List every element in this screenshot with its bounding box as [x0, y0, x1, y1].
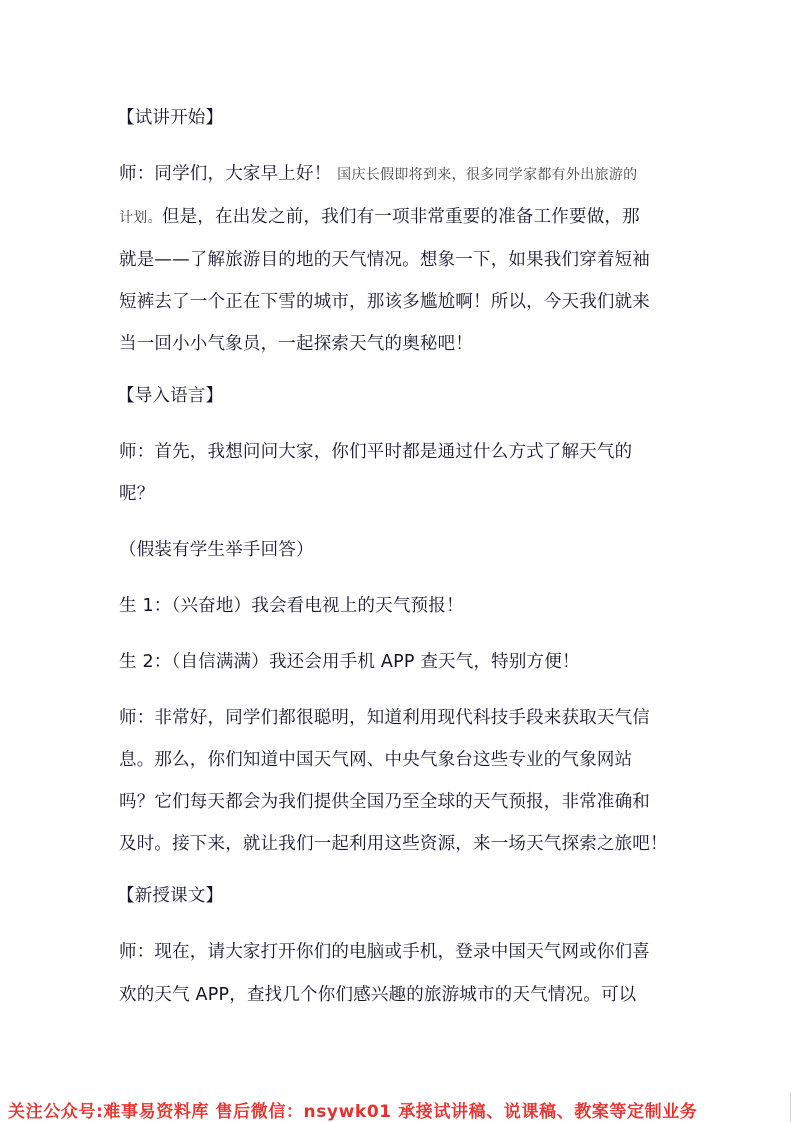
- paragraph-line: 吗？它们每天都会为我们提供全国乃至全球的天气预报，非常准确和: [119, 790, 650, 814]
- paragraph-line: 息。那么，你们知道中国天气网、中央气象台这些专业的气象网站: [119, 748, 632, 772]
- small-print-text: 国庆长假即将到来，很多同学家都有外出旅游的: [337, 167, 637, 183]
- paragraph-line: 短裤去了一个正在下雪的城市，那该多尴尬啊！所以，今天我们就来: [119, 290, 650, 314]
- paragraph-text: 但是，在出发之前，我们有一项非常重要的准备工作要做，那: [162, 207, 640, 227]
- teacher-greeting: 师：同学们，大家早上好！: [119, 164, 331, 184]
- paragraph-line: 师：同学们，大家早上好！ 国庆长假即将到来，很多同学家都有外出旅游的: [119, 162, 637, 187]
- paragraph-line: 及时。接下来，就让我们一起利用这些资源，来一场天气探索之旅吧！: [119, 832, 668, 856]
- footer-promo-text: 关注公众号:难事易资料库 售后微信：nsywk01 承接试讲稿、说课稿、教案等定…: [8, 1097, 697, 1122]
- section-heading-lecture-start: 【试讲开始】: [117, 106, 223, 130]
- paragraph-line: 就是——了解旅游目的地的天气情况。想象一下，如果我们穿着短袖: [119, 248, 650, 272]
- section-heading-introduction: 【导入语言】: [117, 384, 223, 408]
- footer-banner: 关注公众号:难事易资料库 售后微信：nsywk01 承接试讲稿、说课稿、教案等定…: [0, 1093, 793, 1122]
- paragraph-line: 师：首先，我想问问大家，你们平时都是通过什么方式了解天气的: [119, 440, 632, 464]
- student-1-line: 生 1：（兴奋地）我会看电视上的天气预报！: [119, 594, 464, 618]
- paragraph-line: 师：现在，请大家打开你们的电脑或手机，登录中国天气网或你们喜: [119, 940, 650, 964]
- paragraph-line: 欢的天气 APP，查找几个你们感兴趣的旅游城市的天气情况。可以: [119, 983, 636, 1007]
- paragraph-line: 当一回小小气象员，一起探索天气的奥秘吧！: [119, 332, 473, 356]
- small-print-text: 计划。: [119, 210, 162, 226]
- paragraph-line: 师：非常好，同学们都很聪明，知道利用现代科技手段来获取天气信: [119, 706, 650, 730]
- stage-direction: （假装有学生举手回答）: [119, 538, 314, 562]
- paragraph-line: 计划。但是，在出发之前，我们有一项非常重要的准备工作要做，那: [119, 205, 640, 230]
- section-heading-new-lesson: 【新授课文】: [117, 884, 223, 908]
- student-2-line: 生 2：（自信满满）我还会用手机 APP 查天气，特别方便！: [119, 650, 580, 674]
- footer-divider: [790, 1093, 791, 1122]
- paragraph-line: 呢？: [119, 482, 154, 506]
